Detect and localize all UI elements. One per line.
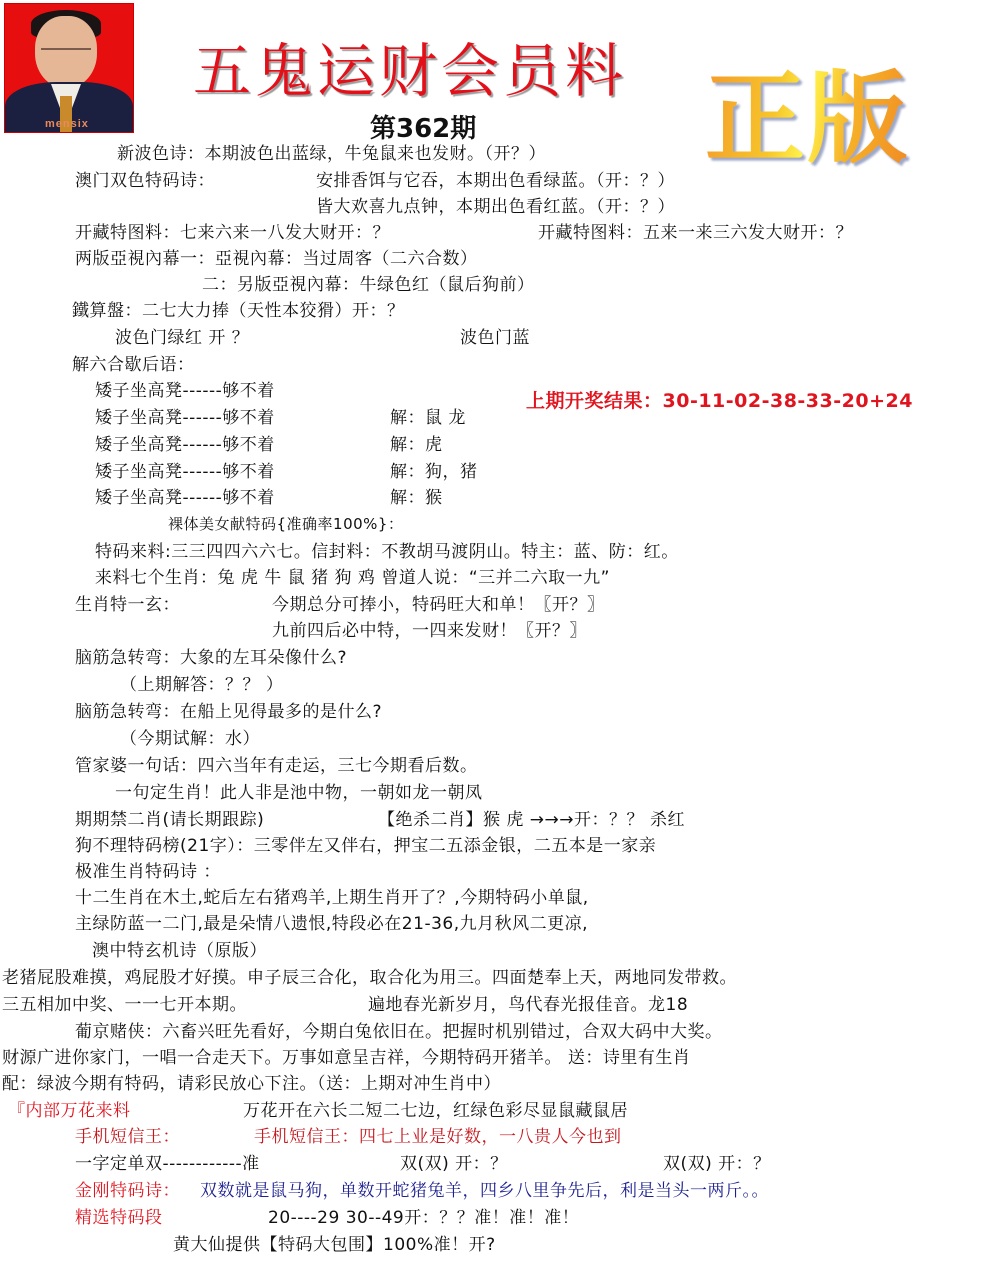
atv-inside-1: 两版亞視內幕一：亞視內幕：当过周客（二六合数） (75, 248, 478, 270)
photo-face (35, 16, 97, 88)
housekeeper-saying: 管家婆一句话：四六当年有走运，三七今期看后数。 (75, 755, 478, 777)
macau-poem-line2: 皆大欢喜九点钟，本期出色看红蓝。（开：？） (316, 196, 675, 218)
zodiac-poem-line2: 主绿防蓝一二门,最是朵情八遗恨,特段必在21-36,九月秋风二更凉, (75, 913, 588, 935)
portrait-photo: mensix (4, 3, 134, 133)
brain-teaser-1: 脑筋急转弯：大象的左耳朵像什么? (75, 647, 347, 669)
wave-color-poem: 新波色诗：本期波色出蓝绿，牛兔鼠来也发财。（开？） (117, 143, 546, 165)
accurate-zodiac-poem-label: 极准生肖特码诗 ： (75, 861, 221, 883)
diamond-poem-label: 金刚特码诗： (75, 1180, 180, 1202)
brain-teaser-2: 脑筋急转弯：在船上见得最多的是什么? (75, 701, 382, 723)
photo-glasses (41, 48, 91, 50)
zodiac-poem-line1: 十二生肖在木土,蛇后左右猪鸡羊,上期生肖开了？,今期特码小单鼠, (75, 887, 589, 909)
zodiac-mystery-line1: 今期总分可捧小，特码旺大和单！〖开？〗 (272, 594, 605, 616)
odd-even-pick-1: 双(双) 开：？ (400, 1153, 508, 1175)
internal-flower-text: 万花开在六长二短二七边，红绿色彩尽显鼠藏鼠居 (243, 1100, 628, 1122)
selected-range-label: 精选特码段 (75, 1207, 163, 1229)
wave-gate-green-red: 波色门绿红 开 ？ (115, 327, 249, 349)
riddle-answer: 解：猴 (390, 487, 443, 509)
banned-zodiacs-value: 【绝杀二肖】猴 虎 →→→开：？？ 杀红 (378, 809, 685, 831)
page-title: 五鬼运财会员料 (193, 36, 627, 106)
wave-gate-blue: 波色门蓝 (460, 327, 530, 349)
brain-teaser-2-answer: （今期试解：水） (120, 728, 260, 750)
one-line-zodiac: 一句定生肖！此人非是池中物，一朝如龙一朝凤 (115, 782, 483, 804)
riddle-heading: 解六合歇后语： (72, 354, 195, 376)
hidden-chart-1: 开藏特图料：七来六来一八发大财开：？ (75, 222, 390, 244)
macau-mystery-poem-line2a: 三五相加中奖、一一七开本期。 (2, 994, 247, 1016)
seven-zodiacs: 来料七个生肖：兔 虎 牛 鼠 猪 狗 鸡 曾道人说：“三并二六取一九” (95, 567, 610, 589)
banned-zodiacs-label: 期期禁二肖(请长期跟踪) (75, 809, 264, 831)
photo-logo: mensix (45, 118, 89, 130)
macau-mystery-poem-line2b: 遍地春光新岁月，鸟代春光报佳音。龙18 (368, 994, 688, 1016)
riddle-answer: 解：鼠 龙 (390, 407, 466, 429)
wong-tai-sin-line: 黄大仙提供【特码大包围】100%准！开? (173, 1234, 496, 1256)
zodiac-mystery-label: 生肖特一玄： (75, 594, 180, 616)
riddle-question: 矮子坐高凳------够不着 (95, 461, 275, 483)
special-code-source: 特码来料:三三四四六六七。信封料：不教胡马渡阴山。特主：蓝、防：红。 (95, 541, 679, 563)
odd-even-label: 一字定单双------------准 (75, 1153, 260, 1175)
iron-abacus: 鐵算盤：二七大力捧（天性本狡猾）开：？ (72, 300, 405, 322)
lisboa-gambler-line3: 配：绿波今期有特码，请彩民放心下注。（送：上期对冲生肖中） (2, 1073, 501, 1095)
issue-number: 第362期 (370, 108, 476, 145)
brain-teaser-1-answer: （上期解答：？？ ） (120, 674, 283, 696)
macau-poem-line1: 安排香饵与它吞，本期出色看绿蓝。（开：？） (316, 170, 675, 192)
lisboa-gambler-line2: 财源广进你家门，一唱一合走天下。万事如意呈吉祥，今期特码开猪羊。 送：诗里有生肖 (2, 1047, 690, 1069)
sms-king-text: 手机短信王：四七上业是好数，一八贵人今也到 (254, 1126, 622, 1148)
diamond-poem-text: 双数就是鼠马狗，单数开蛇猪兔羊，四乡八里争先后，利是当头一两斤。。 (200, 1180, 769, 1202)
last-draw-result: 上期开奖结果：30-11-02-38-33-20+24 (526, 386, 913, 413)
hidden-chart-2: 开藏特图料：五来一来三六发大财开：？ (538, 222, 853, 244)
selected-range-text: 20----29 30--49开：？？准！准！准！ (268, 1207, 579, 1229)
macau-mystery-poem-title: 澳中特玄机诗（原版） (92, 940, 267, 962)
internal-flower-label: 『内部万花来料 (8, 1100, 131, 1122)
accuracy-line: 裸体美女献特码{准确率100%}： (168, 513, 403, 535)
macau-mystery-poem-line1: 老猪屁股难摸，鸡屁股才好摸。申子辰三合化，取合化为用三。四面楚奉上天，两地同发带… (2, 967, 737, 989)
riddle-answer: 解：虎 (390, 434, 443, 456)
zodiac-mystery-line2: 九前四后必中特，一四来发财！〖开？〗 (272, 620, 587, 642)
sms-king-label: 手机短信王： (75, 1126, 180, 1148)
riddle-question: 矮子坐高凳------够不着 (95, 407, 275, 429)
authentic-badge: 正版 (705, 60, 909, 176)
riddle-question: 矮子坐高凳------够不着 (95, 487, 275, 509)
odd-even-pick-2: 双(双) 开：？ (663, 1153, 771, 1175)
atv-inside-2: 二：另版亞視內幕：牛绿色红（鼠后狗前） (202, 274, 535, 296)
riddle-question: 矮子坐高凳------够不着 (95, 380, 275, 402)
riddle-answer: 解：狗，猪 (390, 461, 478, 483)
lisboa-gambler-line1: 葡京赌侠：六畜兴旺先看好，今期白兔依旧在。把握时机别错过，合双大码中大奖。 (75, 1021, 723, 1043)
macau-poem-label: 澳门双色特码诗： (75, 170, 215, 192)
goubuli-code-list: 狗不理特码榜(21字）：三零伴左又伴右，押宝二五添金银，二五本是一家亲 (75, 835, 656, 857)
riddle-question: 矮子坐高凳------够不着 (95, 434, 275, 456)
